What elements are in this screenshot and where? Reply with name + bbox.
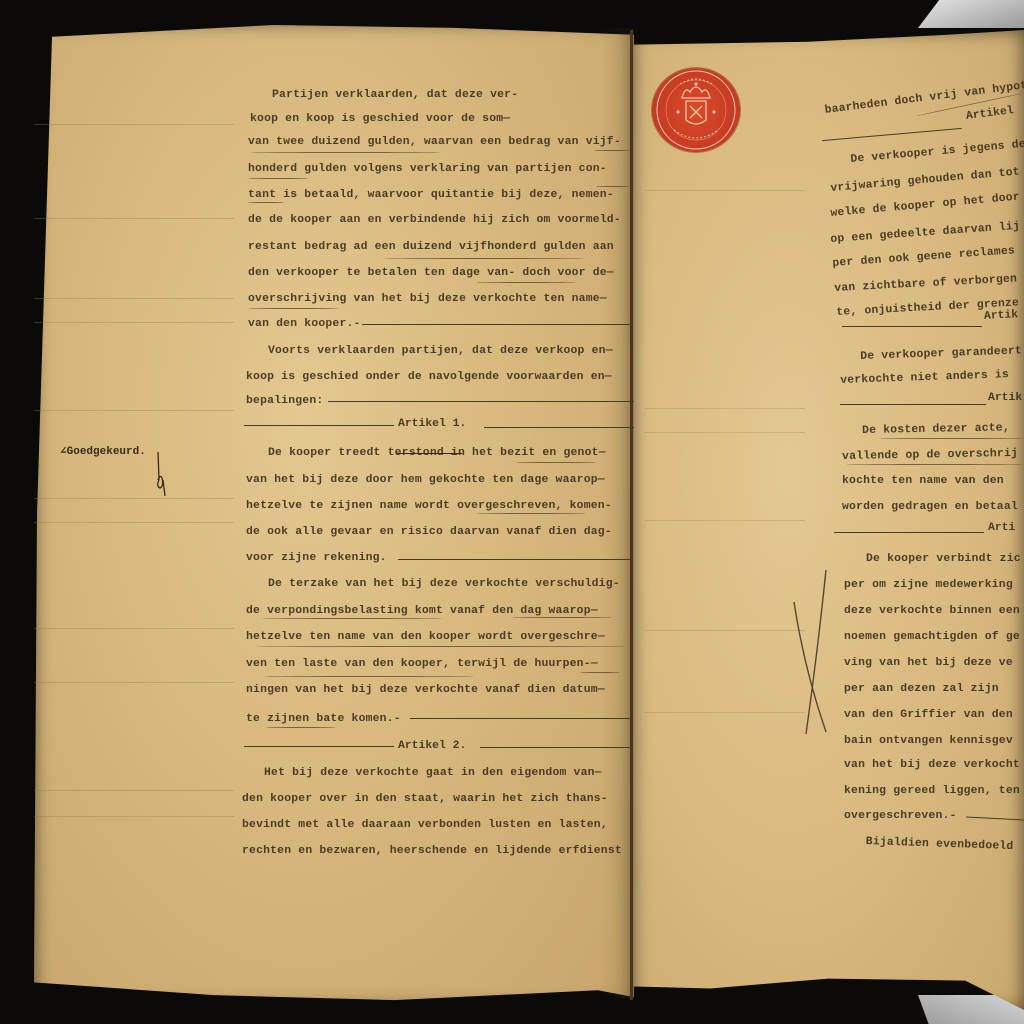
ruled-line	[34, 522, 234, 523]
deed-line: den verkooper te betalen ten dage van- d…	[248, 266, 614, 280]
deed-line: Voorts verklaarden partijen, dat deze ve…	[268, 344, 613, 358]
deed-line: den kooper over in den staat, waarin het…	[242, 792, 608, 806]
ruled-line	[34, 682, 234, 683]
revenue-seal	[652, 68, 740, 152]
deed-line: deze verkochte binnen een	[844, 604, 1020, 618]
background-object	[918, 0, 1024, 28]
pencil-underline	[256, 646, 626, 647]
fill-rule	[244, 425, 394, 426]
deed-line: van het bij deze door hem gekochte ten d…	[246, 473, 605, 487]
margin-approval-note: ∠Goedgekeurd.	[60, 444, 146, 458]
pencil-underline	[266, 727, 336, 728]
fill-rule	[398, 559, 632, 560]
fill-rule	[484, 427, 634, 428]
article-heading: Arti	[988, 522, 1015, 534]
deed-line: van den Griffier van den	[844, 708, 1013, 722]
ruled-line	[645, 630, 805, 631]
deed-line: de de kooper aan en verbindende hij zich…	[248, 213, 621, 227]
deed-line: koop en koop is geschied voor de som—	[250, 112, 510, 126]
deed-line: De kooper verbindt zic	[866, 552, 1021, 566]
pencil-underline	[248, 178, 308, 179]
ruled-line	[645, 432, 805, 433]
deed-line: rechten en bezwaren, heerschende en lijd…	[242, 844, 622, 858]
deed-line: bepalingen:	[246, 394, 323, 408]
book-spine	[630, 30, 633, 1000]
pencil-underline	[250, 152, 440, 153]
article-heading: Artik	[988, 392, 1022, 404]
deed-line: Het bij deze verkochte gaat in den eigen…	[264, 766, 602, 780]
ruled-line	[645, 190, 805, 191]
ruled-line	[645, 408, 805, 409]
deed-line: koop is geschied onder de navolgende voo…	[246, 370, 612, 384]
ruled-line	[34, 498, 234, 499]
ruled-line	[34, 628, 234, 629]
pencil-cross-mark-icon	[790, 568, 834, 738]
deed-line: restant bedrag ad een duizend vijfhonder…	[248, 240, 614, 254]
deed-line: overgeschreven.-	[844, 809, 957, 823]
deed-line: voor zijne rekening.	[246, 551, 387, 565]
deed-line: per om zijne medewerking	[844, 578, 1013, 592]
fill-rule	[410, 718, 632, 719]
deed-line: tant is betaald, waarvoor quitantie bij …	[248, 188, 614, 202]
crown-shield-emblem-icon	[652, 68, 740, 152]
deed-line: ningen van het bij deze verkochte vanaf …	[246, 683, 605, 697]
deed-line: van het bij deze verkocht	[844, 758, 1020, 772]
fill-rule	[840, 404, 986, 405]
article-heading: Artikel 2.	[398, 740, 466, 752]
deed-line: de ook alle gevaar en risico daarvan van…	[246, 525, 612, 539]
deed-line: overschrijving van het bij deze verkocht…	[248, 292, 607, 306]
pencil-underline	[262, 618, 442, 619]
deed-line: per aan dezen zal zijn	[844, 682, 999, 696]
fill-rule	[244, 746, 394, 747]
ruled-line	[34, 410, 234, 411]
strikethrough	[396, 453, 462, 454]
pencil-underline	[594, 150, 630, 151]
deed-line: van den kooper.-	[248, 317, 361, 331]
pencil-underline	[248, 202, 284, 203]
article-heading: Artikel 1.	[398, 418, 466, 430]
deed-line: De kosten dezer acte,	[862, 421, 1010, 438]
deed-line: hetzelve te zijnen name wordt overgeschr…	[246, 499, 612, 513]
deed-line: bain ontvangen kennisgev	[844, 734, 1013, 748]
ruled-line	[34, 124, 234, 125]
deed-line: te zijnen bate komen.-	[246, 712, 401, 726]
pencil-underline	[580, 672, 620, 673]
paraph-signature-icon	[154, 450, 168, 498]
pencil-underline	[248, 308, 338, 309]
deed-line: Partijen verklaarden, dat deze ver-	[272, 88, 518, 102]
deed-line: ving van het bij deze ve	[844, 656, 1013, 670]
ruled-line	[645, 520, 805, 521]
pencil-underline	[264, 676, 474, 677]
fill-rule	[480, 747, 632, 748]
deed-line: De terzake van het bij deze verkochte ve…	[268, 577, 620, 591]
deed-line: de verpondingsbelasting komt vanaf den d…	[246, 604, 598, 618]
fill-rule	[842, 326, 982, 327]
pencil-underline	[476, 513, 586, 514]
deed-line: van twee duizend gulden, waarvan een bed…	[248, 135, 621, 149]
deed-line: hetzelve ten name van den kooper wordt o…	[246, 630, 605, 644]
ruled-line	[34, 816, 234, 817]
pencil-underline	[384, 258, 584, 259]
ruled-line	[34, 322, 234, 323]
fill-rule	[362, 324, 632, 325]
article-heading: Artik	[984, 309, 1019, 323]
ruled-line	[34, 218, 234, 219]
pencil-underline	[880, 438, 1024, 439]
pencil-underline	[512, 617, 612, 618]
pencil-underline	[516, 462, 596, 463]
pencil-underline	[596, 186, 630, 187]
ruled-line	[34, 790, 234, 791]
fill-rule	[328, 401, 634, 402]
deed-line: noemen gemachtigden of ge	[844, 630, 1020, 644]
fill-rule	[834, 532, 984, 533]
pencil-underline	[476, 282, 576, 283]
deed-line: honderd gulden volgens verklaring van pa…	[248, 162, 607, 176]
deed-line: worden gedragen en betaal	[842, 500, 1018, 514]
deed-line: ven ten laste van den kooper, terwijl de…	[246, 657, 598, 671]
deed-line: bevindt met alle daaraan verbonden luste…	[242, 818, 608, 832]
deed-line: kening gereed liggen, ten	[844, 784, 1020, 798]
ruled-line	[645, 712, 805, 713]
ruled-line	[34, 298, 234, 299]
deed-line: kochte ten name van den	[842, 474, 1004, 488]
